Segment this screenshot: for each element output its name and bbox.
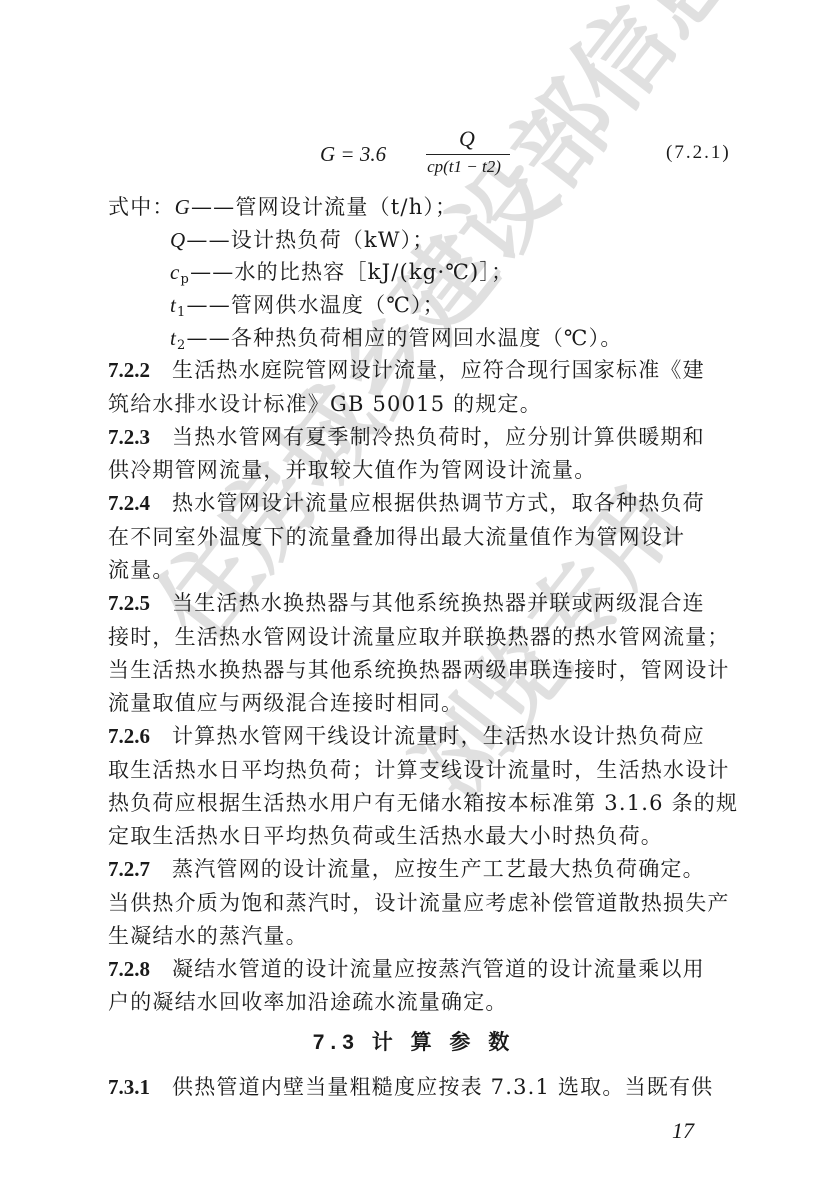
clause-7-2-4: 7.2.4热水管网设计流量应根据供热调节方式，取各种热负荷 <box>108 487 720 520</box>
clause-text: 当热水管网有夏季制冷热负荷时，应分别计算供暖期和 <box>172 425 705 449</box>
clause-line: 流量取值应与两级混合连接时相同。 <box>108 687 720 720</box>
clause-number: 7.2.2 <box>108 358 150 382</box>
subscript: 2 <box>177 338 186 353</box>
clause-7-2-3: 7.2.3当热水管网有夏季制冷热负荷时，应分别计算供暖期和 <box>108 421 720 454</box>
clause-line: 生凝结水的蒸汽量。 <box>108 920 720 953</box>
clause-text: 计算热水管网干线设计流量时，生活热水设计热负荷应 <box>172 724 705 748</box>
formula-numerator: Q <box>432 126 502 154</box>
clause-number: 7.2.5 <box>108 591 150 615</box>
formula-7-2-1: G = 3.6 Q cp(t1 − t2) (7.2.1) <box>320 126 740 188</box>
clause-number: 7.2.7 <box>108 857 150 881</box>
clause-number: 7.2.4 <box>108 491 150 515</box>
clause-7-2-2: 7.2.2生活热水庭院管网设计流量，应符合现行国家标准《建 <box>108 354 720 387</box>
clause-line: 当生活热水换热器与其他系统换热器两级串联连接时，管网设计 <box>108 654 720 687</box>
clause-line: 定取生活热水日平均热负荷或生活热水最大小时热负荷。 <box>108 820 720 853</box>
symbol: Q <box>170 228 186 252</box>
definitions-intro: 式中： <box>108 195 175 219</box>
definition-line: Q——设计热负荷（kW）； <box>170 224 782 257</box>
definition-text: ——水的比热容［kJ/(kg·℃)］； <box>190 260 513 284</box>
clause-text: 当生活热水换热器与其他系统换热器并联或两级混合连 <box>172 591 705 615</box>
clause-text: 蒸汽管网的设计流量，应按生产工艺最大热负荷确定。 <box>172 857 705 881</box>
clause-7-2-8: 7.2.8凝结水管道的设计流量应按蒸汽管道的设计流量乘以用 <box>108 953 720 986</box>
clause-number: 7.2.6 <box>108 724 150 748</box>
subscript: p <box>181 272 191 287</box>
clause-line: 接时，生活热水管网设计流量应取并联换热器的热水管网流量； <box>108 621 720 654</box>
clause-number: 7.2.3 <box>108 425 150 449</box>
subscript: 1 <box>177 305 186 320</box>
symbol: G <box>175 195 191 219</box>
clause-text: 生活热水庭院管网设计流量，应符合现行国家标准《建 <box>172 358 705 382</box>
equation-number: (7.2.1) <box>666 142 731 164</box>
symbol: t <box>170 326 177 350</box>
clause-7-3-1: 7.3.1供热管道内壁当量粗糙度应按表 7.3.1 选取。当既有供 <box>108 1071 720 1104</box>
formula-denominator: cp(t1 − t2) <box>426 155 502 177</box>
clause-text: 供热管道内壁当量粗糙度应按表 7.3.1 选取。当既有供 <box>172 1075 713 1099</box>
clause-line: 当供热介质为饱和蒸汽时，设计流量应考虑补偿管道散热损失产 <box>108 887 720 920</box>
section-heading: 7.3 计 算 参 数 <box>0 1026 828 1056</box>
symbol: c <box>170 260 181 284</box>
definition-text: ——设计热负荷（kW）； <box>186 228 434 252</box>
clause-line: 流量。 <box>108 554 720 587</box>
definition-text: ——管网设计流量（t/h）； <box>191 195 457 219</box>
clause-7-2-6: 7.2.6计算热水管网干线设计流量时，生活热水设计热负荷应 <box>108 720 720 753</box>
clause-line: 供冷期管网流量，并取较大值作为管网设计流量。 <box>108 454 720 487</box>
clause-number: 7.3.1 <box>108 1075 150 1099</box>
formula-lhs: G = 3.6 <box>320 142 386 167</box>
definition-text: ——各种热负荷相应的管网回水温度（℃）。 <box>187 326 623 350</box>
page-number: 17 <box>672 1118 694 1144</box>
clause-line: 取生活热水日平均热负荷；计算支线设计流量时，生活热水设计 <box>108 754 720 787</box>
clause-number: 7.2.8 <box>108 957 150 981</box>
clause-line: 在不同室外温度下的流量叠加得出最大流量值作为管网设计 <box>108 521 720 554</box>
clause-text: 凝结水管道的设计流量应按蒸汽管道的设计流量乘以用 <box>172 957 705 981</box>
clause-text: 热水管网设计流量应根据供热调节方式，取各种热负荷 <box>172 491 705 515</box>
document-page: 住房城乡建设部信息公开 浏览专用 G = 3.6 Q cp(t1 − t2) (… <box>0 0 828 1198</box>
definition-text: ——管网供水温度（℃）； <box>187 293 445 317</box>
clause-line: 筑给水排水设计标准》GB 50015 的规定。 <box>108 388 720 421</box>
definition-line: 式中：G——管网设计流量（t/h）； <box>108 191 720 224</box>
clause-line: 户的凝结水回收率加沿途疏水流量确定。 <box>108 986 720 1019</box>
symbol: t <box>170 293 177 317</box>
formula-fraction: Q cp(t1 − t2) <box>432 126 502 177</box>
clause-line: 热负荷应根据生活热水用户有无储水箱按本标准第 3.1.6 条的规 <box>108 787 720 820</box>
clause-7-2-7: 7.2.7蒸汽管网的设计流量，应按生产工艺最大热负荷确定。 <box>108 853 720 886</box>
clause-7-2-5: 7.2.5当生活热水换热器与其他系统换热器并联或两级混合连 <box>108 587 720 620</box>
